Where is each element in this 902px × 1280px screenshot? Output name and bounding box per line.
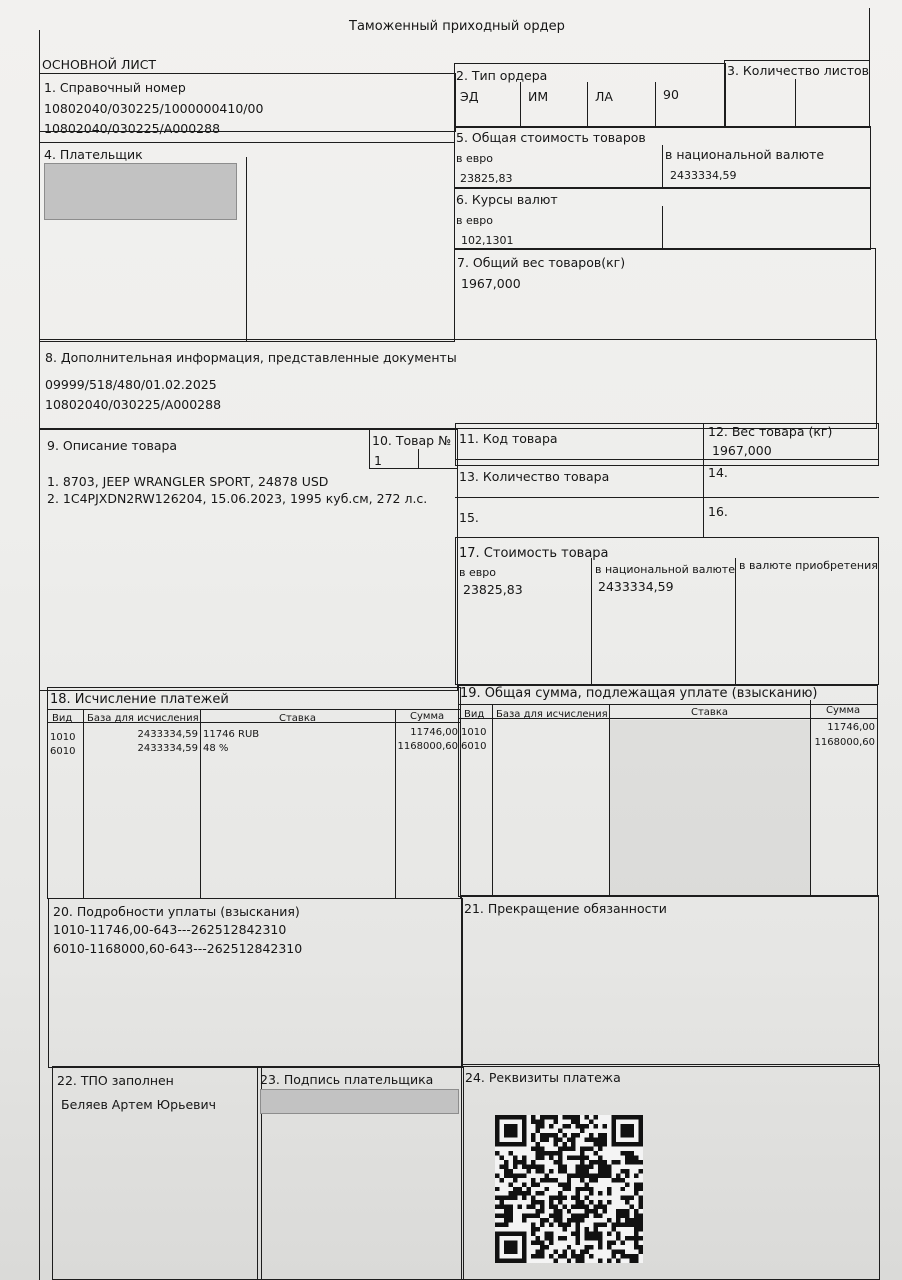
box-22-label: 22. ТПО заполнен (57, 1073, 174, 1088)
box-6-eur-label: в евро (456, 213, 493, 228)
divider (810, 700, 811, 896)
order-type-cell-1: ЭД (460, 89, 479, 104)
box-18-label: 18. Исчисление платежей (50, 692, 229, 707)
payment-type: 1010 (50, 730, 75, 745)
payable-type: 6010 (461, 739, 486, 754)
box-4-label: 4. Плательщик (44, 147, 143, 162)
box-24-label: 24. Реквизиты платежа (465, 1070, 621, 1085)
customs-receipt-order-page: Таможенный приходный ордер ОСНОВНОЙ ЛИСТ… (0, 0, 902, 1280)
payable-type: 1010 (461, 725, 486, 740)
qr-code-icon (495, 1115, 643, 1263)
box-20-label: 20. Подробности уплаты (взыскания) (53, 904, 300, 919)
box-16-label: 16. (708, 504, 728, 519)
box-19-col-base: База для исчисления (496, 707, 608, 722)
filled-by-name: Беляев Артем Юрьевич (61, 1097, 216, 1112)
payment-sum: 11746,00 (396, 725, 458, 740)
box-10-label: 10. Товар № (372, 433, 451, 448)
reference-number-2: 10802040/030225/A000288 (44, 121, 220, 136)
box-13-label: 13. Количество товара (459, 469, 609, 484)
box-7-label: 7. Общий вес товаров(кг) (457, 255, 625, 270)
box-21-obligation-termination (461, 895, 879, 1067)
box-1-label: 1. Справочный номер (44, 80, 186, 95)
divider (455, 497, 879, 498)
box-18-col-base: База для исчисления (87, 711, 199, 726)
box-5-national-label: в национальной валюте (665, 147, 824, 162)
divider (795, 79, 796, 128)
box-17-national-label: в национальной валюте (595, 562, 735, 577)
box-10-value: 1 (374, 453, 382, 468)
box-17-eur-label: в евро (459, 565, 496, 580)
payment-type: 6010 (50, 744, 75, 759)
box-5-eur-label: в евро (456, 151, 493, 166)
divider (418, 449, 419, 469)
order-type-cell-4: 90 (663, 87, 679, 102)
payable-sum: 11746,00 (812, 720, 875, 735)
document-title: Таможенный приходный ордер (349, 19, 565, 34)
divider (662, 145, 663, 189)
reference-number-1: 10802040/030225/1000000410/00 (44, 101, 263, 116)
box-19-col-rate: Ставка (609, 705, 810, 720)
box-15-label: 15. (459, 510, 479, 525)
additional-info-line-2: 10802040/030225/A000288 (45, 397, 221, 412)
divider (609, 704, 610, 896)
divider (246, 157, 247, 342)
divider (200, 709, 201, 899)
box-12-value: 1967,000 (712, 443, 772, 458)
box-5-national-value: 2433334,59 (670, 168, 736, 183)
divider (47, 709, 461, 710)
order-type-cell-2: ИМ (528, 89, 548, 104)
box-2-label: 2. Тип ордера (456, 68, 547, 83)
payable-sum: 1168000,60 (806, 735, 875, 750)
box-17-acquisition-label: в валюте приобретения (739, 558, 878, 573)
box-18-col-rate: Ставка (200, 711, 395, 726)
signature-redacted-field (260, 1089, 459, 1114)
additional-info-line-1: 09999/518/480/01.02.2025 (45, 377, 217, 392)
order-type-cell-3: ЛА (595, 89, 613, 104)
payment-details-line-1: 1010-11746,00-643---262512842310 (53, 922, 286, 937)
sheet-label: ОСНОВНОЙ ЛИСТ (42, 57, 156, 72)
payment-rate: 48 % (203, 741, 228, 756)
divider (662, 206, 663, 250)
box-19-col-sum: Сумма (826, 703, 860, 718)
box-23-label: 23. Подпись плательщика (260, 1072, 433, 1087)
divider (455, 459, 879, 460)
payment-base: 2433334,59 (84, 727, 198, 742)
box-6-label: 6. Курсы валют (456, 192, 558, 207)
box-19-label: 19. Общая сумма, подлежащая уплате (взыс… (460, 686, 818, 701)
box-6-eur-value: 102,1301 (461, 233, 514, 248)
box-11-label: 11. Код товара (459, 431, 558, 446)
payment-details-line-2: 6010-1168000,60-643---262512842310 (53, 941, 302, 956)
box-5-eur-value: 23825,83 (460, 171, 513, 186)
payment-sum: 1168000,60 (396, 739, 458, 754)
box-7-value: 1967,000 (461, 276, 521, 291)
box-17-national-value: 2433334,59 (598, 579, 674, 594)
box-18-col-sum: Сумма (410, 709, 444, 724)
box-3-label: 3. Количество листов (727, 63, 869, 78)
goods-description-line-2: 2. 1C4PJXDN2RW126204, 15.06.2023, 1995 к… (47, 491, 427, 506)
divider (587, 82, 588, 128)
payment-rate: 11746 RUB (203, 727, 259, 742)
box-17-label: 17. Стоимость товара (459, 546, 609, 561)
box-12-label: 12. Вес товара (кг) (708, 424, 832, 439)
divider (591, 558, 592, 685)
box-8-label: 8. Дополнительная информация, представле… (45, 350, 457, 365)
box-14-label: 14. (708, 465, 728, 480)
right-border-top (869, 8, 870, 60)
box-19-col-type: Вид (464, 707, 484, 722)
payment-base: 2433334,59 (84, 741, 198, 756)
divider (520, 82, 521, 128)
goods-description-line-1: 1. 8703, JEEP WRANGLER SPORT, 24878 USD (47, 474, 328, 489)
box-18-col-type: Вид (52, 711, 72, 726)
box-21-label: 21. Прекращение обязанности (464, 901, 667, 916)
divider (735, 558, 736, 685)
divider (703, 423, 704, 537)
payer-redacted-field (44, 163, 237, 220)
divider (655, 82, 656, 128)
divider (492, 704, 493, 896)
box-9-label: 9. Описание товара (47, 438, 177, 453)
box-5-label: 5. Общая стоимость товаров (456, 130, 646, 145)
box-17-eur-value: 23825,83 (463, 582, 523, 597)
